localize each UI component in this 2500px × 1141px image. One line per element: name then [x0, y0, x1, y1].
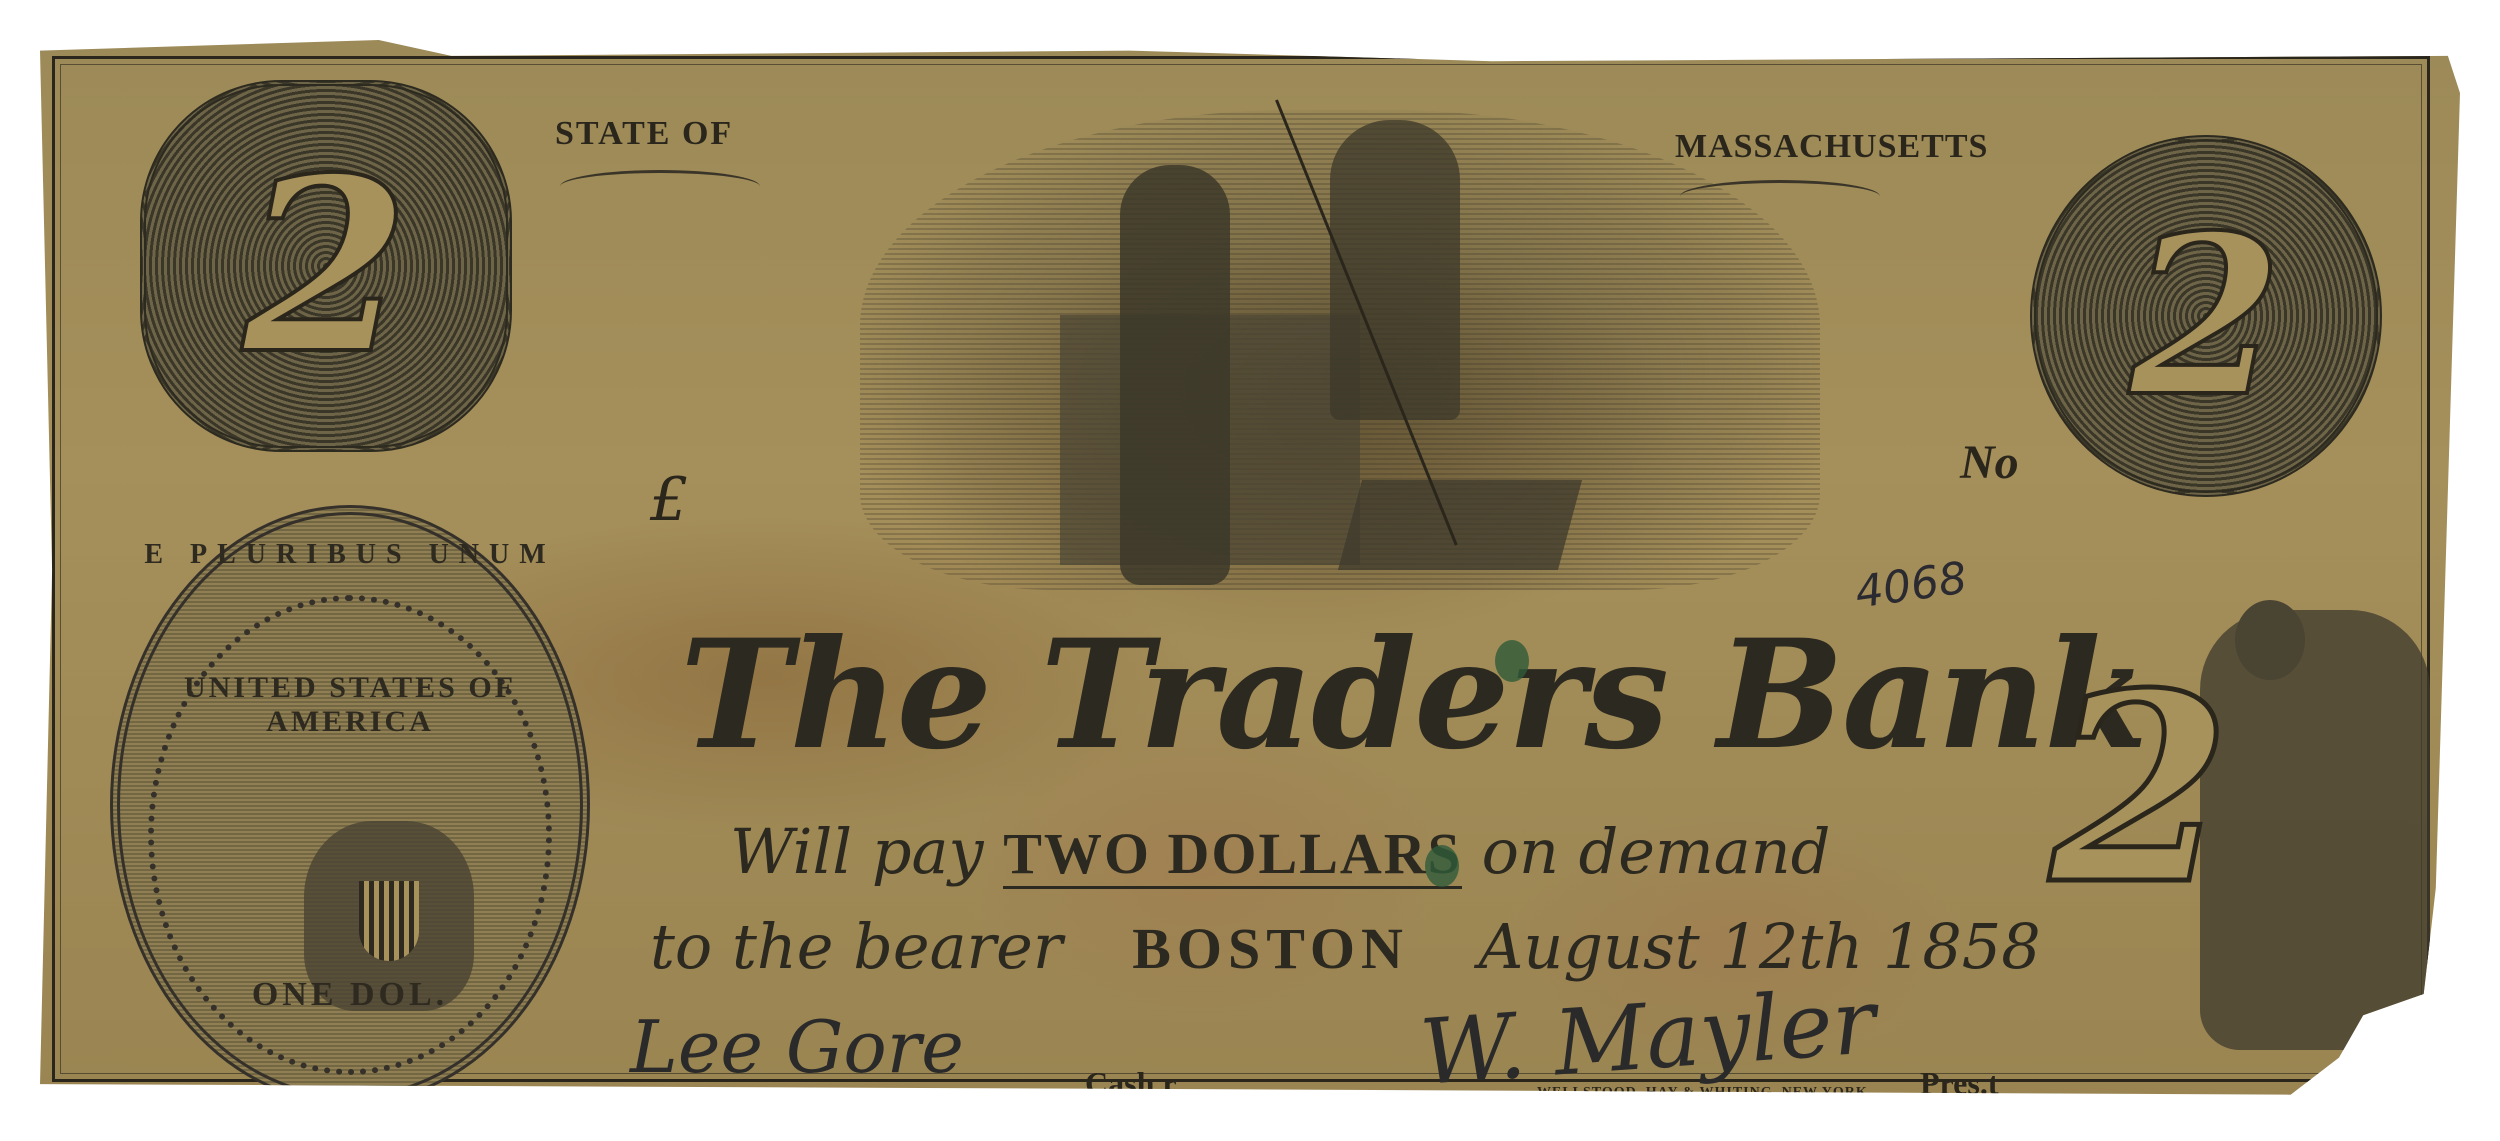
denomination-numeral-right: 2	[2129, 206, 2282, 426]
coin-vignette: E PLURIBUS UNUM UNITED STATES OF AMERICA…	[110, 505, 590, 1105]
state-label: STATE OF	[555, 115, 733, 153]
promise-prefix: Will pay	[730, 815, 984, 888]
woman-figure-illustration	[1120, 165, 1230, 585]
state-name: MASSACHUSETTS	[1675, 128, 1988, 166]
coin-inner-ring: UNITED STATES OF AMERICA ONE DOL.	[148, 595, 552, 1075]
shield-icon	[359, 881, 419, 961]
denomination-numeral-ornate: 2	[2050, 660, 2231, 920]
cashier-label: Cash.r	[1085, 1065, 1177, 1102]
city-name: BOSTON	[1132, 916, 1409, 981]
president-signature-line	[1340, 1100, 1910, 1101]
banknote: 2 2 STATE OF MASSACHUSETTS £ No 4068 E P…	[40, 40, 2460, 1100]
issue-date: August 12th 1858	[1479, 910, 2041, 983]
promise-suffix: on demand	[1482, 815, 1831, 888]
flourish-ornament	[560, 170, 760, 203]
denomination-rosette-left: 2	[140, 80, 512, 452]
seated-allegorical-figure	[2200, 610, 2430, 1050]
bearer-text: to the bearer	[650, 910, 1063, 983]
coin-denomination: ONE DOL.	[154, 976, 546, 1014]
engraver-imprint: WELLSTOOD, HAY & WHITING, NEW YORK.	[1537, 1085, 1872, 1101]
denomination-numeral-left: 2	[243, 146, 410, 386]
cashier-signature-line	[640, 1100, 1070, 1101]
number-label: No	[1960, 435, 2019, 490]
denomination-rosette-right: 2	[2030, 135, 2382, 497]
cashier-signature: Lee Gore	[630, 1005, 964, 1089]
seated-figure-head	[2235, 600, 2305, 680]
president-label: Pres.t	[1920, 1065, 1998, 1102]
bank-name-title: The Traders Bank	[680, 620, 2146, 770]
man-figure-illustration	[1330, 120, 1460, 420]
green-stain	[1425, 845, 1459, 887]
promise-amount: TWO DOLLARS	[1003, 821, 1462, 889]
coin-inner-legend: UNITED STATES OF AMERICA	[154, 671, 546, 739]
payment-promise-line: Will pay TWO DOLLARS on demand	[730, 815, 1830, 888]
pound-mark: £	[650, 465, 688, 535]
trough-illustration	[1338, 480, 1582, 570]
green-stain	[1495, 640, 1529, 682]
coin-legend-top: E PLURIBUS UNUM	[120, 539, 580, 571]
